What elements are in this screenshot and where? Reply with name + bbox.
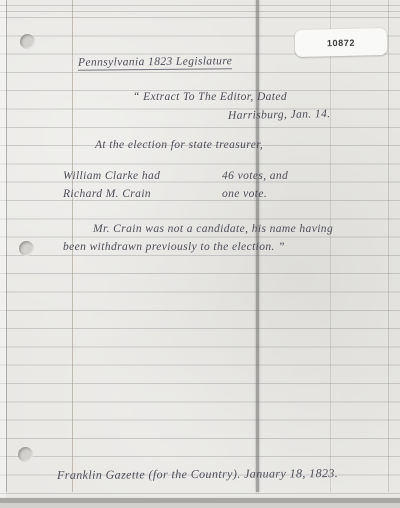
- result-row-votes: one vote.: [222, 188, 267, 200]
- subtitle-line-1: “ Extract To The Editor, Dated: [133, 91, 287, 103]
- result-row-votes: 46 votes, and: [222, 170, 288, 182]
- subtitle-line-2: Harrisburg, Jan. 14.: [228, 108, 331, 122]
- result-row-name: Richard M. Crain: [63, 188, 151, 200]
- punch-hole: [18, 447, 33, 462]
- page-top-edge-line: [0, 5, 400, 6]
- catalog-number-sticker: 10872: [295, 28, 388, 57]
- note-line-1: Mr. Crain was not a candidate, his name …: [93, 223, 333, 235]
- result-row-name: William Clarke had: [63, 170, 160, 182]
- underlying-page-edge: [388, 0, 389, 492]
- notebook-page: 10872 Pennsylvania 1823 Legislature “ Ex…: [0, 0, 400, 500]
- scanned-document: 10872 Pennsylvania 1823 Legislature “ Ex…: [0, 0, 400, 508]
- underlying-page-edge: [330, 0, 331, 492]
- scanner-background: [0, 503, 400, 508]
- punch-hole: [19, 241, 34, 256]
- note-line-2: been withdrawn previously to the electio…: [63, 241, 285, 253]
- punch-hole: [20, 34, 35, 49]
- title-line: Pennsylvania 1823 Legislature: [78, 55, 232, 71]
- catalog-number: 10872: [327, 37, 355, 48]
- body-line: At the election for state treasurer,: [95, 139, 263, 151]
- page-left-edge-line: [6, 0, 7, 492]
- source-citation-line: Franklin Gazette (for the Country). Janu…: [57, 466, 338, 483]
